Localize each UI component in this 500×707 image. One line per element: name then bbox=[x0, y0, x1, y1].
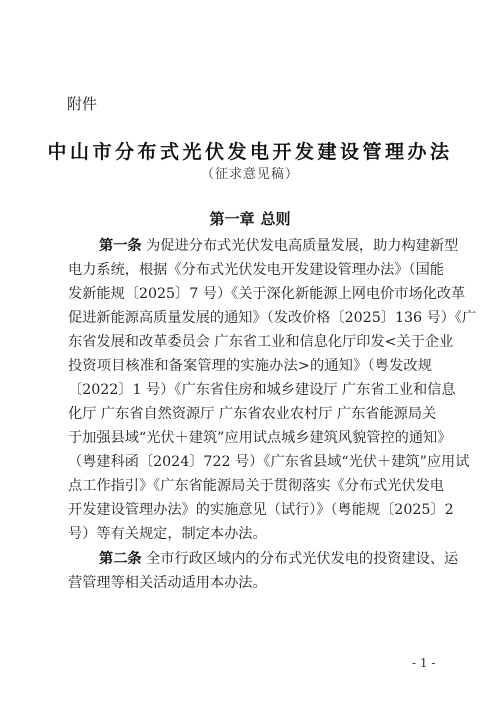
article-1-line-6: 投资项目核准和备案管理的实施办法>的通知》（粤发改规 bbox=[68, 356, 432, 376]
document-title: 中山市分布式光伏发电开发建设管理办法 bbox=[0, 137, 500, 164]
article-1-line-7: 〔2022〕1 号）《广东省住房和城乡建设厅 广东省工业和信息 bbox=[68, 380, 432, 400]
article-1-line-13: 号）等有关规定，制定本办法。 bbox=[68, 524, 432, 544]
article-1-line-11: 点工作指引》《广东省能源局关于贯彻落实《分布式光伏发电 bbox=[68, 476, 432, 496]
chapter-heading: 第一章总则 bbox=[0, 208, 500, 229]
page-number: - 1 - bbox=[412, 656, 435, 670]
article-1-line-1: 第一条 为促进分布式光伏发电高质量发展，助力构建新型 bbox=[99, 236, 432, 256]
chapter-name: 总则 bbox=[261, 210, 291, 228]
article-1-line-4: 促进新能源高质量发展的通知》（发改价格〔2025〕136 号）《广 bbox=[68, 308, 432, 328]
article-1-line-10: （粤建科函〔2024〕722 号）《广东省县域“光伏＋建筑”应用试 bbox=[68, 452, 432, 472]
article-1-line-12: 开发建设管理办法》的实施意见（试行）》（粤能规〔2025〕2 bbox=[68, 500, 432, 520]
document-subtitle: （征求意见稿） bbox=[0, 163, 500, 182]
article-1-line-2: 电力系统，根据《分布式光伏发电开发建设管理办法》（国能 bbox=[68, 260, 432, 280]
article-2-line-2: 营管理等相关活动适用本办法。 bbox=[68, 573, 432, 593]
article-2-line-1: 第二条 全市行政区域内的分布式光伏发电的投资建设、运 bbox=[99, 549, 432, 569]
article-2-label: 第二条 bbox=[99, 551, 142, 567]
article-1-label: 第一条 bbox=[99, 238, 142, 254]
document-page: 附件 中山市分布式光伏发电开发建设管理办法 （征求意见稿） 第一章总则 第一条 … bbox=[0, 0, 500, 707]
attachment-label: 附件 bbox=[67, 93, 97, 114]
article-1-line-8: 化厅 广东省自然资源厅 广东省农业农村厅 广东省能源局关 bbox=[68, 404, 432, 424]
article-1-line-5: 东省发展和改革委员会 广东省工业和信息化厅印发<关于企业 bbox=[68, 332, 432, 352]
article-1-line-9: 于加强县域“光伏＋建筑”应用试点城乡建筑风貌管控的通知》 bbox=[68, 428, 432, 448]
chapter-number: 第一章 bbox=[209, 210, 254, 228]
article-1-line-3: 发新能规〔2025〕7 号）《关于深化新能源上网电价市场化改革 bbox=[68, 284, 432, 304]
